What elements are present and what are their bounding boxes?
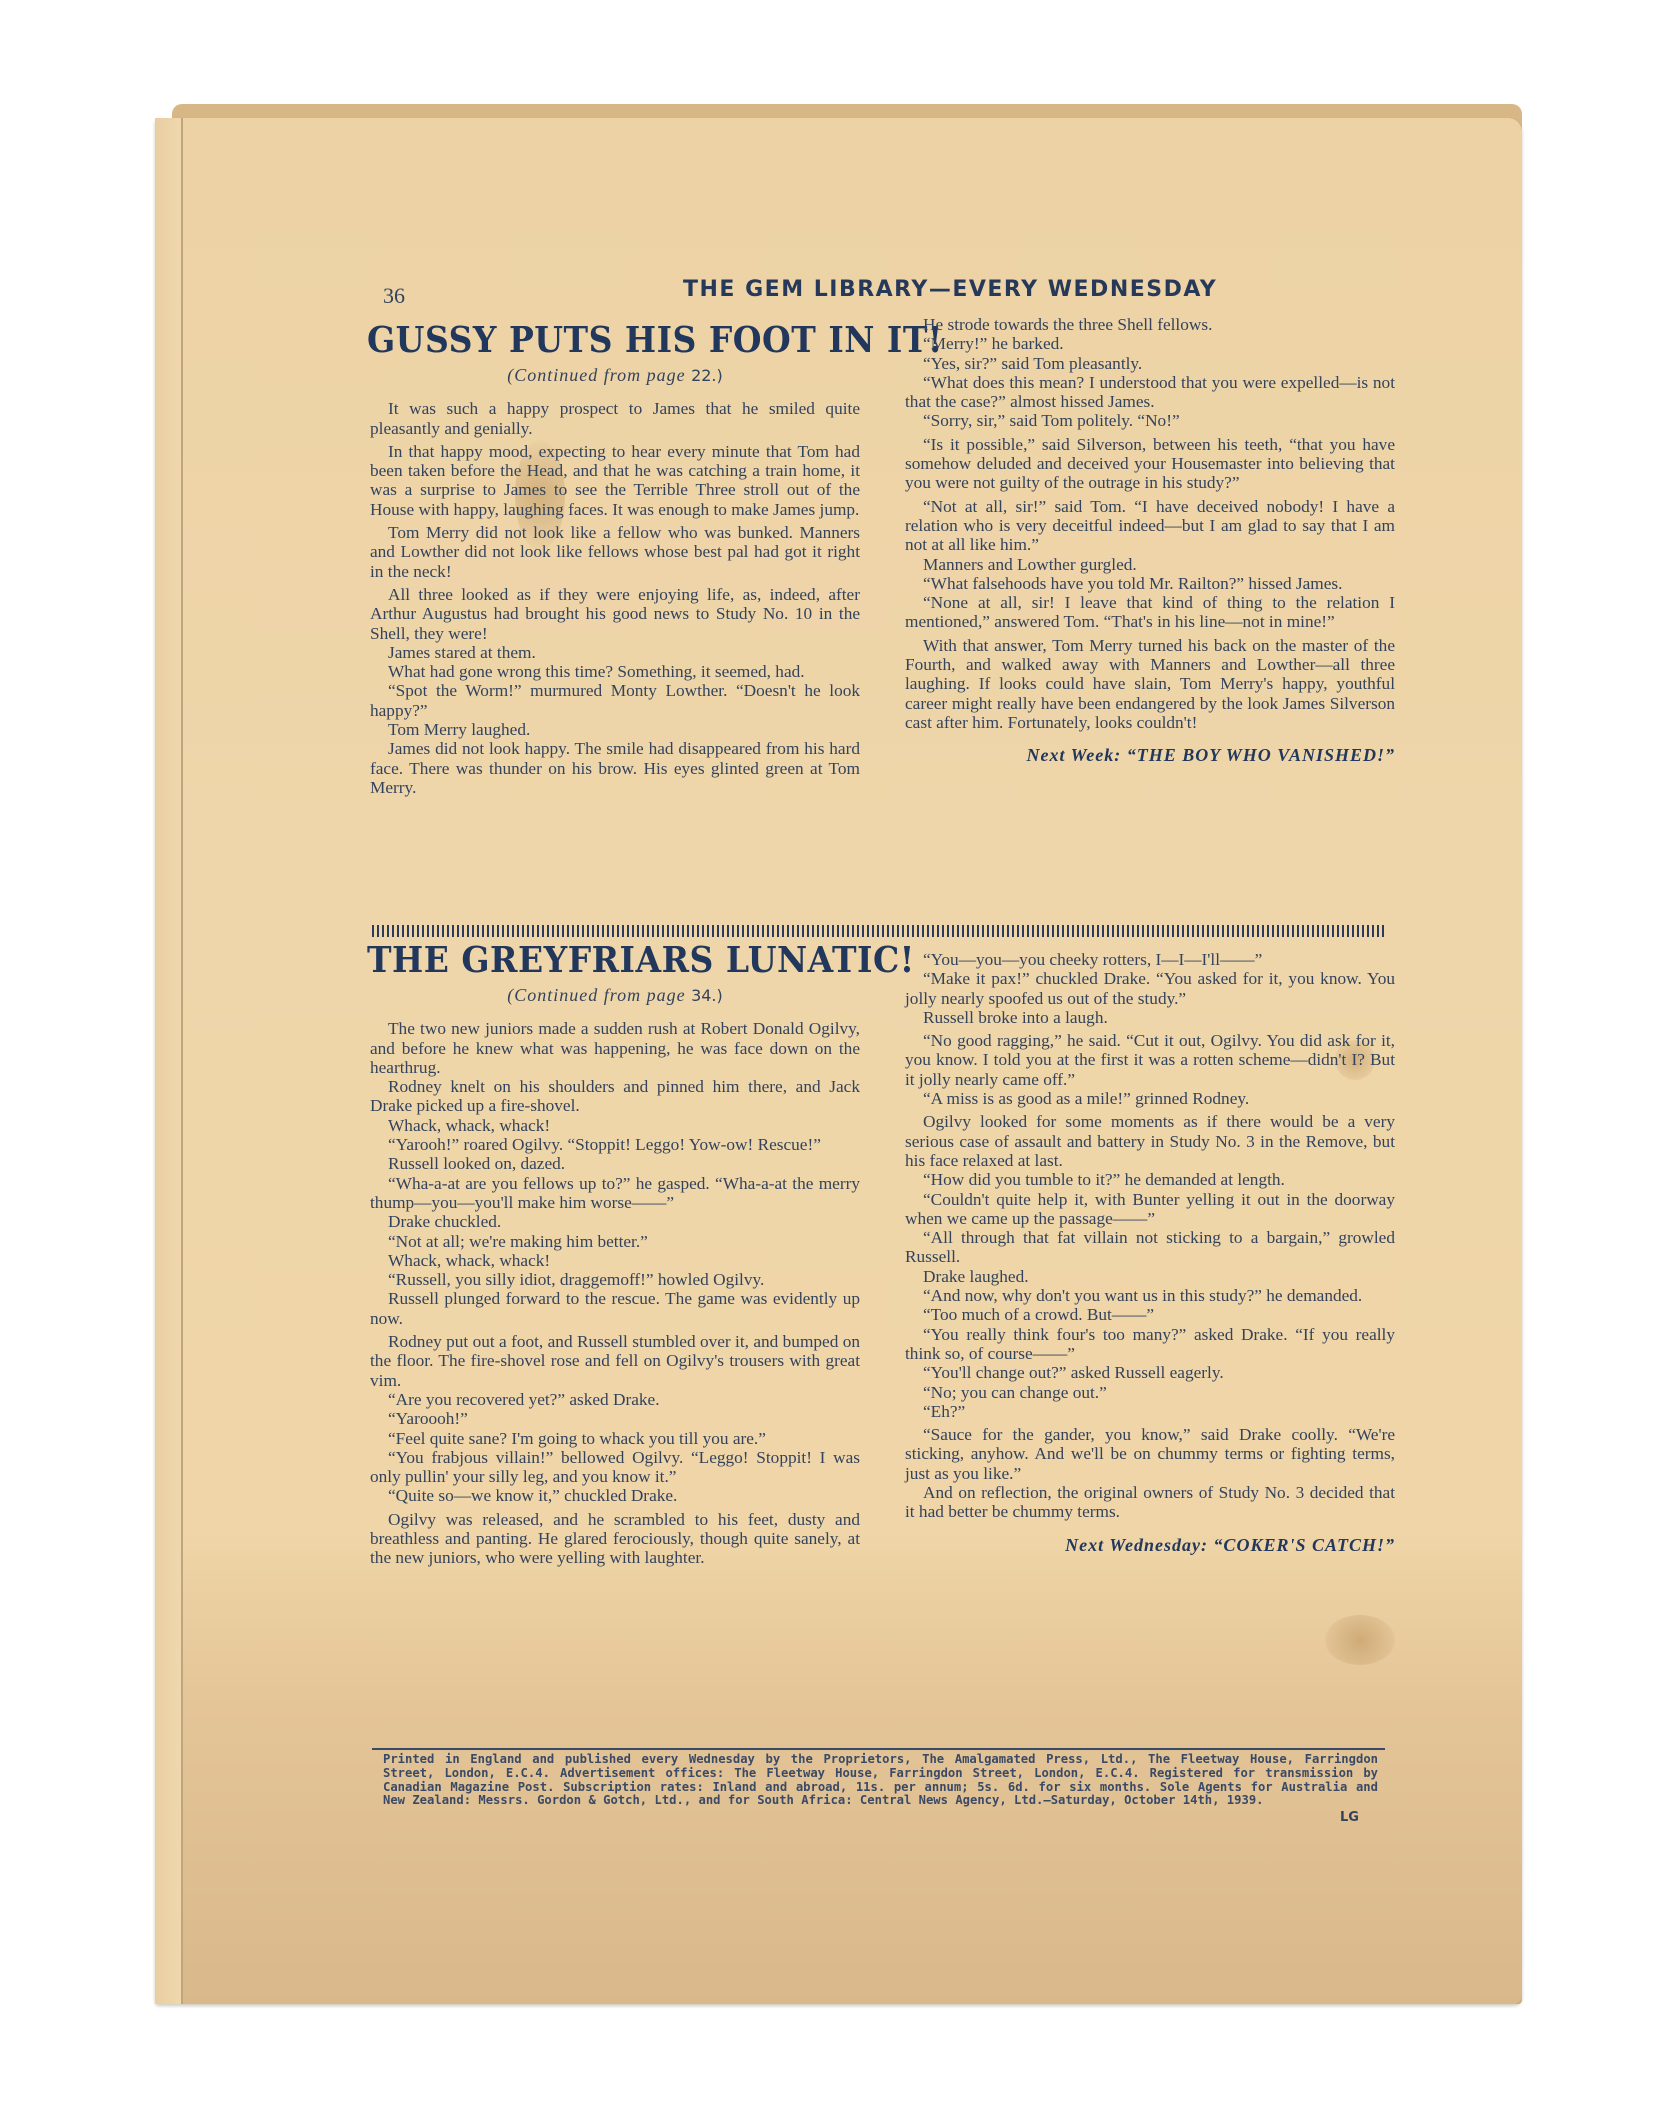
paragraph: “Are you recovered yet?” asked Drake.	[370, 1390, 860, 1409]
story1-right-text: He strode towards the three Shell fellow…	[905, 315, 1395, 732]
paragraph: “What does this mean? I understood that …	[905, 373, 1395, 412]
paragraph: “Feel quite sane? I'm going to whack you…	[370, 1429, 860, 1448]
paragraph: “No good ragging,” he said. “Cut it out,…	[905, 1031, 1395, 1089]
imprint-rule	[372, 1748, 1385, 1750]
paragraph: “Russell, you silly idiot, draggemoff!” …	[370, 1270, 860, 1289]
paragraph: “You really think four's too many?” aske…	[905, 1325, 1395, 1364]
paragraph: “Not at all; we're making him better.”	[370, 1232, 860, 1251]
paragraph: James stared at them.	[370, 643, 860, 662]
paragraph: “Sorry, sir,” said Tom politely. “No!”	[905, 411, 1395, 430]
story2-left-column: THE GREYFRIARS LUNATIC! (Continued from …	[370, 940, 860, 1568]
paragraph: Tom Merry did not look like a fellow who…	[370, 523, 860, 581]
paragraph: “All through that fat villain not sticki…	[905, 1228, 1395, 1267]
paragraph: In that happy mood, expecting to hear ev…	[370, 442, 860, 519]
paragraph: Whack, whack, whack!	[370, 1116, 860, 1135]
paragraph: It was such a happy prospect to James th…	[370, 399, 860, 438]
paragraph: “Quite so—we know it,” chuckled Drake.	[370, 1486, 860, 1505]
staple-spine	[155, 118, 183, 2004]
story1-next-week: Next Week: “THE BOY WHO VANISHED!”	[905, 746, 1395, 765]
paragraph: What had gone wrong this time? Something…	[370, 662, 860, 681]
story1-title: GUSSY PUTS HIS FOOT IN IT!	[367, 318, 860, 361]
paragraph: Russell looked on, dazed.	[370, 1154, 860, 1173]
paragraph: “Merry!” he barked.	[905, 334, 1395, 353]
story1-continued-note: (Continued from page 22.)	[370, 366, 860, 385]
paragraph: “Sauce for the gander, you know,” said D…	[905, 1425, 1395, 1483]
running-title: THE GEM LIBRARY—EVERY WEDNESDAY	[683, 277, 1217, 302]
paragraph: “Spot the Worm!” murmured Monty Lowther.…	[370, 681, 860, 720]
paragraph: “You'll change out?” asked Russell eager…	[905, 1363, 1395, 1382]
paragraph: “A miss is as good as a mile!” grinned R…	[905, 1089, 1395, 1108]
paragraph: “How did you tumble to it?” he demanded …	[905, 1170, 1395, 1189]
paragraph: “Eh?”	[905, 1402, 1395, 1421]
paragraph: Drake chuckled.	[370, 1212, 860, 1231]
continued-page: 22.)	[691, 366, 723, 385]
continued-label: (Continued from page	[507, 365, 685, 385]
paragraph: All three looked as if they were enjoyin…	[370, 585, 860, 643]
paragraph: He strode towards the three Shell fellow…	[905, 315, 1395, 334]
paragraph: “Too much of a crowd. But——”	[905, 1305, 1395, 1324]
page-number: 36	[383, 283, 405, 309]
story1-right-column: He strode towards the three Shell fellow…	[905, 315, 1395, 766]
story2-next-week: Next Wednesday: “COKER'S CATCH!”	[905, 1536, 1395, 1555]
paragraph: “Not at all, sir!” said Tom. “I have dec…	[905, 497, 1395, 555]
paragraph: “Make it pax!” chuckled Drake. “You aske…	[905, 969, 1395, 1008]
paragraph: “And now, why don't you want us in this …	[905, 1286, 1395, 1305]
stain	[1325, 1615, 1395, 1665]
story1-left-column: GUSSY PUTS HIS FOOT IN IT! (Continued fr…	[370, 320, 860, 797]
paragraph: With that answer, Tom Merry turned his b…	[905, 636, 1395, 732]
paragraph: Russell plunged forward to the rescue. T…	[370, 1289, 860, 1328]
paragraph: “Couldn't quite help it, with Bunter yel…	[905, 1190, 1395, 1229]
story2-left-text: The two new juniors made a sudden rush a…	[370, 1019, 860, 1567]
story2-right-column: “You—you—you cheeky rotters, I—I—I'll——”…	[905, 950, 1395, 1555]
story2-right-text: “You—you—you cheeky rotters, I—I—I'll——”…	[905, 950, 1395, 1522]
paragraph: “You frabjous villain!” bellowed Ogilvy.…	[370, 1448, 860, 1487]
paragraph: Ogilvy looked for some moments as if the…	[905, 1112, 1395, 1170]
paragraph: “Yarooh!” roared Ogilvy. “Stoppit! Leggo…	[370, 1135, 860, 1154]
story2-title: THE GREYFRIARS LUNATIC!	[367, 938, 860, 981]
story-divider	[372, 925, 1385, 937]
paragraph: “What falsehoods have you told Mr. Railt…	[905, 574, 1395, 593]
paragraph: Manners and Lowther gurgled.	[905, 555, 1395, 574]
paragraph: James did not look happy. The smile had …	[370, 739, 860, 797]
story1-left-text: It was such a happy prospect to James th…	[370, 399, 860, 797]
paragraph: “Yes, sir?” said Tom pleasantly.	[905, 354, 1395, 373]
paragraph: The two new juniors made a sudden rush a…	[370, 1019, 860, 1077]
paragraph: “None at all, sir! I leave that kind of …	[905, 593, 1395, 632]
paragraph: Tom Merry laughed.	[370, 720, 860, 739]
page-header: 36 THE GEM LIBRARY—EVERY WEDNESDAY	[228, 275, 1152, 309]
paragraph: Drake laughed.	[905, 1267, 1395, 1286]
imprint-code: LG	[1340, 1810, 1359, 1825]
paragraph: And on reflection, the original owners o…	[905, 1483, 1395, 1522]
paragraph: “No; you can change out.”	[905, 1383, 1395, 1402]
paragraph: “You—you—you cheeky rotters, I—I—I'll——”	[905, 950, 1395, 969]
paragraph: Rodney put out a foot, and Russell stumb…	[370, 1332, 860, 1390]
paragraph: “Wha-a-at are you fellows up to?” he gas…	[370, 1174, 860, 1213]
continued-page: 34.)	[691, 986, 723, 1005]
story2-continued-note: (Continued from page 34.)	[370, 986, 860, 1005]
paragraph: Whack, whack, whack!	[370, 1251, 860, 1270]
paragraph: “Yaroooh!”	[370, 1409, 860, 1428]
paragraph: Russell broke into a laugh.	[905, 1008, 1395, 1027]
paragraph: Ogilvy was released, and he scrambled to…	[370, 1510, 860, 1568]
printer-imprint: Printed in England and published every W…	[383, 1753, 1378, 1808]
continued-label: (Continued from page	[507, 985, 685, 1005]
paragraph: Rodney knelt on his shoulders and pinned…	[370, 1077, 860, 1116]
paragraph: “Is it possible,” said Silverson, betwee…	[905, 435, 1395, 493]
